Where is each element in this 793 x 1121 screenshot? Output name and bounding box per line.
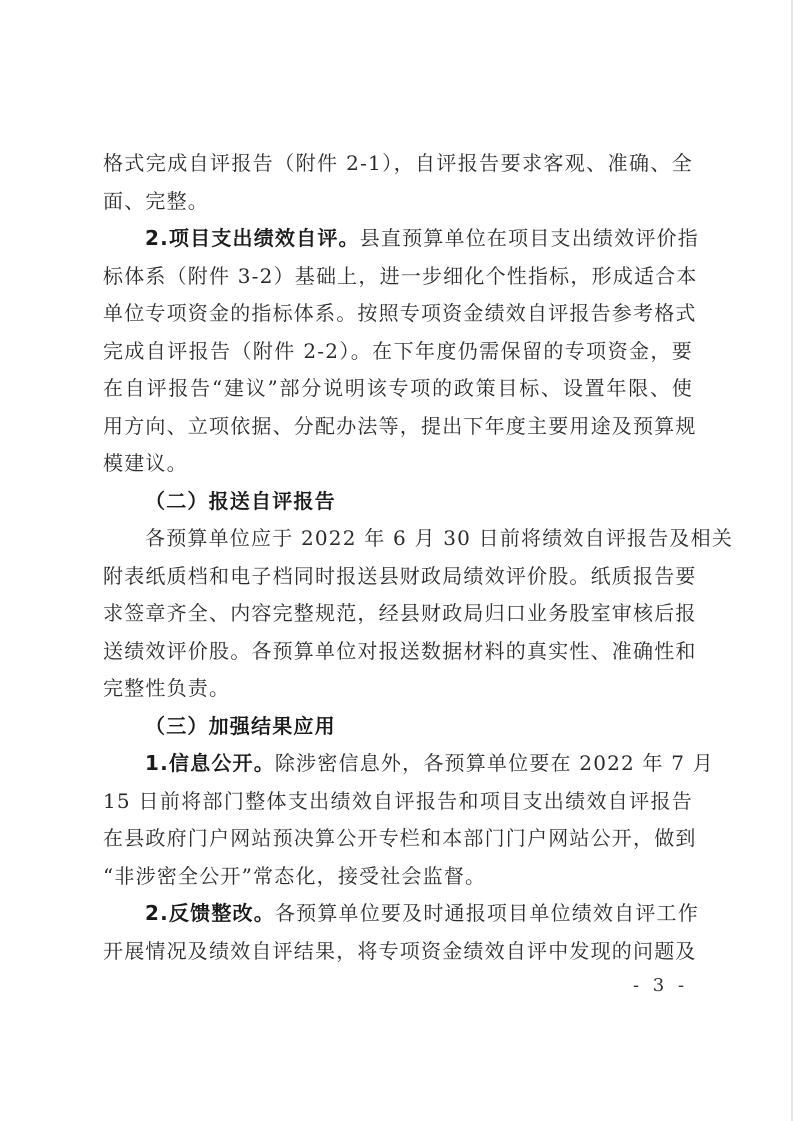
text-line: 在县政府门户网站预决算公开专栏和本部门门户网站公开，做到: [103, 820, 693, 858]
text-line: 求签章齐全、内容完整规范，经县财政局归口业务股室审核后报: [103, 595, 693, 633]
item-lead-project-self-evaluation: 2.项目支出绩效自评。: [145, 226, 360, 250]
section-heading-submit-report: （二）报送自评报告: [103, 483, 693, 521]
text-line: 格式完成自评报告（附件 2-1），自评报告要求客观、准确、全: [103, 145, 693, 183]
text-line: 用方向、立项依据、分配办法等，提出下年度主要用途及预算规: [103, 408, 693, 446]
text-span: 各预算单位要及时通报项目单位绩效自评工作: [275, 901, 699, 925]
text-line: 2.反馈整改。各预算单位要及时通报项目单位绩效自评工作: [103, 895, 693, 933]
item-lead-feedback-rectification: 2.反馈整改。: [145, 901, 275, 925]
text-line: 附表纸质档和电子档同时报送县财政局绩效评价股。纸质报告要: [103, 558, 693, 596]
text-line: 单位专项资金的指标体系。按照专项资金绩效自评报告参考格式: [103, 295, 693, 333]
text-line: 开展情况及绩效自评结果，将专项资金绩效自评中发现的问题及: [103, 933, 693, 971]
text-line: 2.项目支出绩效自评。县直预算单位在项目支出绩效评价指: [103, 220, 693, 258]
text-line: 标体系（附件 3-2）基础上，进一步细化个性指标，形成适合本: [103, 258, 693, 296]
item-lead-information-disclosure: 1.信息公开。: [145, 751, 275, 775]
text-line: 模建议。: [103, 445, 693, 483]
text-line: 各预算单位应于 2022 年 6 月 30 日前将绩效自评报告及相关: [103, 520, 693, 558]
text-span: 县直预算单位在项目支出绩效评价指: [360, 226, 699, 250]
text-line: 15 日前将部门整体支出绩效自评报告和项目支出绩效自评报告: [103, 783, 693, 821]
section-heading-result-application: （三）加强结果应用: [103, 708, 693, 746]
document-page: 格式完成自评报告（附件 2-1），自评报告要求客观、准确、全 面、完整。 2.项…: [103, 145, 693, 970]
text-line: 完成自评报告（附件 2-2）。在下年度仍需保留的专项资金，要: [103, 333, 693, 371]
page-number: - 3 -: [633, 975, 688, 996]
text-line: 送绩效评价股。各预算单位对报送数据材料的真实性、准确性和: [103, 633, 693, 671]
text-line: 在自评报告“建议”部分说明该专项的政策目标、设置年限、使: [103, 370, 693, 408]
text-line: “非涉密全公开”常态化，接受社会监督。: [103, 858, 693, 896]
text-span: 除涉密信息外，各预算单位要在 2022 年 7 月: [275, 751, 714, 775]
text-line: 1.信息公开。除涉密信息外，各预算单位要在 2022 年 7 月: [103, 745, 693, 783]
text-line: 面、完整。: [103, 183, 693, 221]
text-line: 完整性负责。: [103, 670, 693, 708]
